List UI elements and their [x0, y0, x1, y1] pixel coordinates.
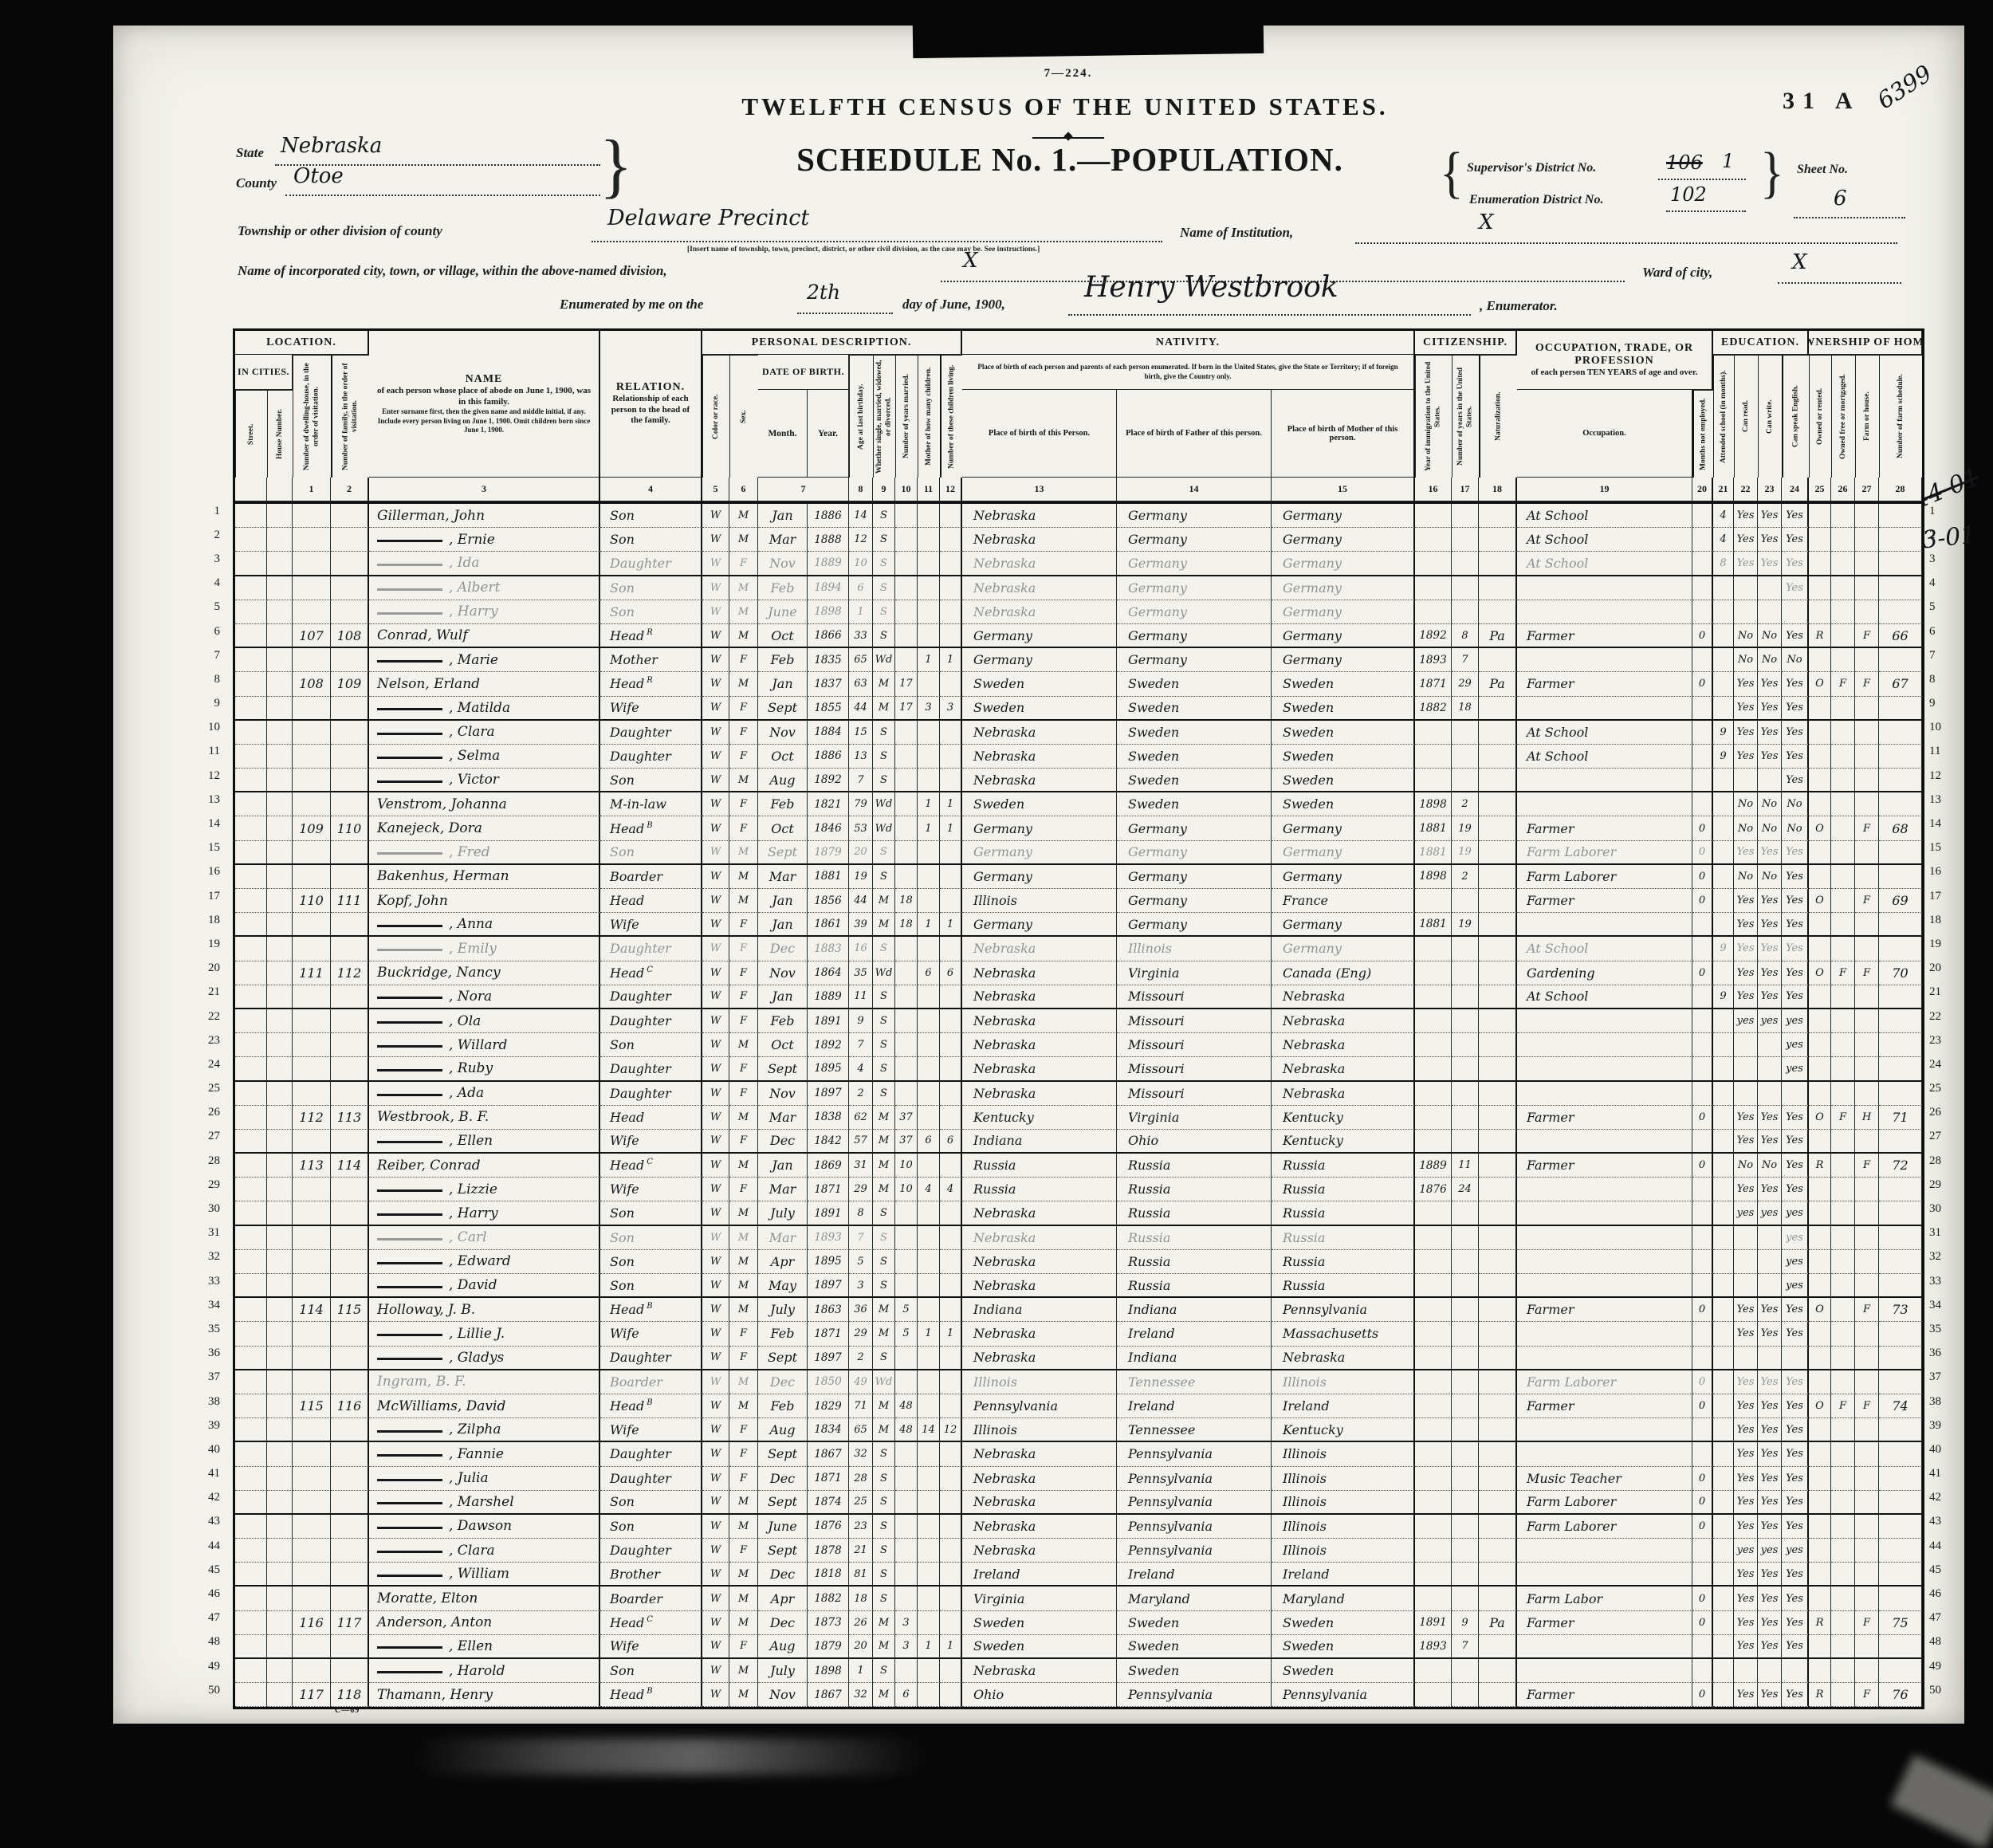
- cell-d: [293, 1201, 331, 1225]
- cell-b1: Indiana: [962, 1130, 1117, 1154]
- cell-oc: At School: [1517, 745, 1692, 769]
- cell-b1: Germany: [962, 624, 1117, 648]
- cell-mc: 4: [918, 1178, 940, 1201]
- cell-cl: [940, 1370, 962, 1394]
- cell-st: [235, 648, 267, 672]
- cell-nm: , Ada: [369, 1082, 600, 1106]
- cell-f: [331, 913, 369, 937]
- scan-artifact-top: [913, 17, 1264, 58]
- cell-mo: Jan: [758, 672, 808, 696]
- cell-mo: Mar: [758, 1226, 808, 1250]
- cell-yr: 1883: [808, 937, 849, 961]
- cell-wr: Yes: [1758, 985, 1782, 1009]
- cell-nm: , Matilda: [369, 697, 600, 721]
- cell-ym: 18: [895, 913, 918, 937]
- cell-cl: [940, 1154, 962, 1178]
- cell-st: [235, 816, 267, 840]
- cell-yu: [1452, 745, 1479, 769]
- cell-b2: Germany: [1117, 889, 1272, 913]
- cell-d: [293, 552, 331, 576]
- cell-ns: [1879, 576, 1922, 600]
- cell-rel: Wife: [600, 1418, 702, 1442]
- cell-rd: Yes: [1734, 1611, 1758, 1635]
- cell-yu: 9: [1452, 1611, 1479, 1635]
- cell-yu: [1452, 600, 1479, 624]
- cell-ym: [895, 1491, 918, 1515]
- cell-rel: Son: [600, 1201, 702, 1225]
- cell-b2: Indiana: [1117, 1347, 1272, 1370]
- cell-ns: [1879, 1539, 1922, 1563]
- cell-en: Yes: [1782, 504, 1809, 528]
- cell-c: W: [702, 937, 729, 961]
- cell-st: [235, 1106, 267, 1130]
- cell-mc: 1: [918, 648, 940, 672]
- cell-rd: [1734, 1226, 1758, 1250]
- cell-st: [235, 1539, 267, 1563]
- cell-rel: HeadR: [600, 672, 702, 696]
- cell-fr: F: [1831, 1106, 1855, 1130]
- cell-yr: 1895: [808, 1057, 849, 1081]
- row-number: 34: [1923, 1293, 1952, 1317]
- cell-sc: [1713, 1587, 1734, 1610]
- cell-b3: Sweden: [1272, 1659, 1415, 1683]
- cell-hn: [267, 745, 293, 769]
- cell-im: 1871: [1415, 672, 1452, 696]
- colgroup-location: LOCATION.: [235, 331, 369, 355]
- cell-b3: Illinois: [1272, 1467, 1415, 1491]
- cell-mu: [1692, 1347, 1713, 1370]
- cell-rel: Son: [600, 1491, 702, 1515]
- cell-b1: Ohio: [962, 1683, 1117, 1707]
- cell-cl: [940, 1515, 962, 1539]
- cell-ns: 67: [1879, 672, 1922, 696]
- cell-b2: Germany: [1117, 600, 1272, 624]
- cell-sx: M: [729, 1154, 758, 1178]
- cell-b1: Nebraska: [962, 1491, 1117, 1515]
- cell-f: [331, 1418, 369, 1442]
- cell-d: [293, 721, 331, 745]
- cell-im: [1415, 552, 1452, 576]
- row-number: 18: [1923, 908, 1952, 932]
- cell-fr: [1831, 1442, 1855, 1466]
- cell-b3: Canada (Eng): [1272, 961, 1415, 985]
- col-marital: Whether single, married, widowed, or div…: [873, 355, 895, 478]
- cell-ag: 63: [849, 672, 873, 696]
- cell-oc: [1517, 1201, 1692, 1225]
- cell-en: Yes: [1782, 937, 1809, 961]
- cell-oc: Farmer: [1517, 889, 1692, 913]
- cell-ns: [1879, 504, 1922, 528]
- row-number: 15: [198, 836, 226, 860]
- cell-rel: Son: [600, 504, 702, 528]
- cell-f: [331, 1491, 369, 1515]
- cell-ms: S: [873, 1659, 895, 1683]
- cell-rel: HeadB: [600, 1298, 702, 1322]
- cell-ow: [1809, 552, 1831, 576]
- cell-fr: [1831, 1226, 1855, 1250]
- cell-cl: [940, 985, 962, 1009]
- cell-oc: At School: [1517, 528, 1692, 552]
- cell-wr: Yes: [1758, 1611, 1782, 1635]
- cell-ms: S: [873, 1563, 895, 1587]
- cell-yr: 1871: [808, 1178, 849, 1201]
- cell-d: 111: [293, 961, 331, 985]
- cell-d: [293, 1491, 331, 1515]
- cell-c: W: [702, 1442, 729, 1466]
- cell-yr: 1879: [808, 841, 849, 865]
- cell-oc: [1517, 1347, 1692, 1370]
- cell-en: Yes: [1782, 1611, 1809, 1635]
- cell-b2: Pennsylvania: [1117, 1683, 1272, 1707]
- cell-im: 1881: [1415, 841, 1452, 865]
- cell-fr: [1831, 504, 1855, 528]
- cell-d: 114: [293, 1298, 331, 1322]
- cell-fh: [1855, 1130, 1879, 1154]
- cell-st: [235, 1347, 267, 1370]
- cell-en: Yes: [1782, 1683, 1809, 1707]
- cell-cl: [940, 841, 962, 865]
- cell-wr: Yes: [1758, 1683, 1782, 1707]
- cell-b3: Germany: [1272, 648, 1415, 672]
- row-number: 33: [198, 1269, 226, 1293]
- cell-yu: [1452, 721, 1479, 745]
- cell-ow: [1809, 865, 1831, 889]
- cell-ns: 76: [1879, 1683, 1922, 1707]
- cell-im: [1415, 1322, 1452, 1346]
- cell-st: [235, 504, 267, 528]
- cell-b2: Virginia: [1117, 1106, 1272, 1130]
- cell-f: 116: [331, 1394, 369, 1418]
- cell-ym: 5: [895, 1298, 918, 1322]
- cell-mo: Feb: [758, 1009, 808, 1033]
- cell-b1: Germany: [962, 648, 1117, 672]
- cell-d: 109: [293, 816, 331, 840]
- cell-en: yes: [1782, 1226, 1809, 1250]
- cell-mc: [918, 552, 940, 576]
- cell-mc: 1: [918, 816, 940, 840]
- cell-f: [331, 1178, 369, 1201]
- cell-na: [1479, 816, 1517, 840]
- institution-value: X: [1479, 210, 1494, 234]
- cell-ag: 7: [849, 769, 873, 792]
- cell-mu: [1692, 1082, 1713, 1106]
- cell-sx: F: [729, 648, 758, 672]
- enumeration-district-value: 102: [1670, 183, 1707, 206]
- cell-sc: [1713, 1491, 1734, 1515]
- cell-ms: S: [873, 1467, 895, 1491]
- cell-fh: [1855, 1442, 1879, 1466]
- col-years-married: Number of years married.: [895, 355, 918, 478]
- cell-mu: [1692, 913, 1713, 937]
- cell-b2: Missouri: [1117, 1009, 1272, 1033]
- cell-ns: [1879, 1009, 1922, 1033]
- cell-c: W: [702, 1178, 729, 1201]
- cell-c: W: [702, 1009, 729, 1033]
- cell-ms: M: [873, 889, 895, 913]
- cell-st: [235, 1442, 267, 1466]
- cell-wr: No: [1758, 1154, 1782, 1178]
- cell-rel: Son: [600, 1274, 702, 1298]
- cell-fh: F: [1855, 1683, 1879, 1707]
- cell-rel: HeadR: [600, 624, 702, 648]
- cell-f: [331, 1033, 369, 1057]
- cell-cl: [940, 1033, 962, 1057]
- cell-mc: [918, 937, 940, 961]
- cell-b1: Nebraska: [962, 1082, 1117, 1106]
- cell-ow: [1809, 600, 1831, 624]
- cell-oc: [1517, 1178, 1692, 1201]
- cell-yr: 1889: [808, 985, 849, 1009]
- cell-mu: 0: [1692, 1370, 1713, 1394]
- cell-na: [1479, 1082, 1517, 1106]
- cell-mc: [918, 1611, 940, 1635]
- cell-ns: [1879, 1418, 1922, 1442]
- cell-sx: F: [729, 937, 758, 961]
- cell-b3: Sweden: [1272, 769, 1415, 792]
- cell-cl: [940, 1659, 962, 1683]
- cell-cl: [940, 1587, 962, 1610]
- cell-fr: [1831, 913, 1855, 937]
- cell-ms: M: [873, 1394, 895, 1418]
- cell-yu: [1452, 1033, 1479, 1057]
- cell-d: [293, 1226, 331, 1250]
- cell-yr: 1866: [808, 624, 849, 648]
- cell-ns: 71: [1879, 1106, 1922, 1130]
- cell-mo: Mar: [758, 1106, 808, 1130]
- cell-na: Pa: [1479, 624, 1517, 648]
- cell-b1: Illinois: [962, 1418, 1117, 1442]
- cell-ag: 4: [849, 1057, 873, 1081]
- cell-b2: Virginia: [1117, 961, 1272, 985]
- cell-st: [235, 1587, 267, 1610]
- cell-sx: F: [729, 745, 758, 769]
- cell-ym: [895, 745, 918, 769]
- cell-d: [293, 1130, 331, 1154]
- cell-b2: Missouri: [1117, 1082, 1272, 1106]
- cell-yu: [1452, 1298, 1479, 1322]
- cell-b1: Nebraska: [962, 1274, 1117, 1298]
- cell-wr: Yes: [1758, 1322, 1782, 1346]
- cell-ag: 25: [849, 1491, 873, 1515]
- cell-yr: 1897: [808, 1347, 849, 1370]
- cell-b1: Nebraska: [962, 1226, 1117, 1250]
- cell-ns: [1879, 937, 1922, 961]
- cell-ow: [1809, 1322, 1831, 1346]
- cell-sx: M: [729, 1274, 758, 1298]
- cell-ns: [1879, 697, 1922, 721]
- cell-fh: [1855, 1057, 1879, 1081]
- cell-fh: F: [1855, 889, 1879, 913]
- cell-d: [293, 1467, 331, 1491]
- cell-hn: [267, 1106, 293, 1130]
- cell-c: W: [702, 1057, 729, 1081]
- cell-nm: , Marshel: [369, 1491, 600, 1515]
- cell-fh: [1855, 792, 1879, 816]
- cell-nm: , Clara: [369, 721, 600, 745]
- cell-rd: Yes: [1734, 1298, 1758, 1322]
- cell-im: [1415, 1106, 1452, 1130]
- cell-im: 1898: [1415, 865, 1452, 889]
- cell-ms: M: [873, 1106, 895, 1130]
- cell-cl: [940, 1539, 962, 1563]
- cell-sx: M: [729, 1033, 758, 1057]
- cell-cl: [940, 769, 962, 792]
- cell-mc: [918, 1467, 940, 1491]
- cell-cl: [940, 1611, 962, 1635]
- cell-wr: Yes: [1758, 1370, 1782, 1394]
- cell-wr: No: [1758, 816, 1782, 840]
- cell-b2: Germany: [1117, 576, 1272, 600]
- row-number: 40: [1923, 1437, 1952, 1461]
- cell-yr: 1882: [808, 1587, 849, 1610]
- cell-ms: Wd: [873, 792, 895, 816]
- cell-ms: M: [873, 672, 895, 696]
- cell-c: W: [702, 697, 729, 721]
- sheet-label: Sheet No.: [1797, 163, 1848, 177]
- township-label: Township or other division of county: [238, 223, 442, 239]
- cell-wr: Yes: [1758, 913, 1782, 937]
- cell-nm: Reiber, Conrad: [369, 1154, 600, 1178]
- cell-d: 115: [293, 1394, 331, 1418]
- cell-fh: [1855, 769, 1879, 792]
- cell-mo: Jan: [758, 889, 808, 913]
- colnum-7: 7: [758, 478, 849, 501]
- cell-yu: [1452, 961, 1479, 985]
- ward-label: Ward of city,: [1642, 265, 1712, 281]
- cell-en: Yes: [1782, 1130, 1809, 1154]
- cell-rd: No: [1734, 792, 1758, 816]
- cell-ag: 49: [849, 1370, 873, 1394]
- cell-yr: 1878: [808, 1539, 849, 1563]
- cell-ow: [1809, 985, 1831, 1009]
- cell-ow: [1809, 1178, 1831, 1201]
- cell-fr: [1831, 552, 1855, 576]
- cell-mu: [1692, 1201, 1713, 1225]
- cell-na: [1479, 745, 1517, 769]
- cell-cl: [940, 1274, 962, 1298]
- cell-b2: Sweden: [1117, 1659, 1272, 1683]
- row-number: 41: [1923, 1462, 1952, 1486]
- cell-en: Yes: [1782, 624, 1809, 648]
- cell-mc: [918, 745, 940, 769]
- cell-b3: Sweden: [1272, 697, 1415, 721]
- dotted-rule: [797, 313, 893, 314]
- cell-na: [1479, 1226, 1517, 1250]
- cell-d: [293, 1347, 331, 1370]
- cell-rel: Son: [600, 528, 702, 552]
- cell-sc: [1713, 1274, 1734, 1298]
- cell-ms: S: [873, 865, 895, 889]
- colnum-2: 2: [331, 478, 369, 501]
- cell-fr: [1831, 745, 1855, 769]
- cell-ag: 11: [849, 985, 873, 1009]
- cell-b3: Sweden: [1272, 1611, 1415, 1635]
- cell-f: 112: [331, 961, 369, 985]
- cell-ow: [1809, 721, 1831, 745]
- cell-ow: [1809, 1370, 1831, 1394]
- cell-ms: M: [873, 1178, 895, 1201]
- cell-ns: [1879, 1057, 1922, 1081]
- cell-b3: Maryland: [1272, 1587, 1415, 1610]
- cell-yu: [1452, 937, 1479, 961]
- cell-d: [293, 1442, 331, 1466]
- cell-im: 1882: [1415, 697, 1452, 721]
- cell-mc: [918, 1009, 940, 1033]
- cell-fh: [1855, 985, 1879, 1009]
- cell-fr: [1831, 1635, 1855, 1659]
- cell-im: [1415, 1347, 1452, 1370]
- cell-d: [293, 1659, 331, 1683]
- cell-f: [331, 1322, 369, 1346]
- cell-sx: M: [729, 624, 758, 648]
- cell-rel: Wife: [600, 1178, 702, 1201]
- cell-mc: [918, 1515, 940, 1539]
- cell-st: [235, 624, 267, 648]
- township-note: [Insert name of township, town, precinct…: [687, 246, 1040, 254]
- cell-mc: [918, 504, 940, 528]
- cell-st: [235, 697, 267, 721]
- cell-cl: [940, 1082, 962, 1106]
- cell-yr: 1888: [808, 528, 849, 552]
- cell-c: W: [702, 672, 729, 696]
- row-number: 49: [1923, 1654, 1952, 1678]
- cell-f: [331, 1226, 369, 1250]
- cell-sc: [1713, 672, 1734, 696]
- cell-sc: [1713, 1009, 1734, 1033]
- cell-ms: M: [873, 913, 895, 937]
- cell-mu: 0: [1692, 1611, 1713, 1635]
- cell-ns: [1879, 792, 1922, 816]
- cell-d: 107: [293, 624, 331, 648]
- cell-st: [235, 985, 267, 1009]
- cell-yr: 1894: [808, 576, 849, 600]
- cell-ow: [1809, 1033, 1831, 1057]
- cell-mu: [1692, 1178, 1713, 1201]
- cell-hn: [267, 528, 293, 552]
- cell-rd: [1734, 576, 1758, 600]
- cell-oc: [1517, 1659, 1692, 1683]
- cell-yr: 1821: [808, 792, 849, 816]
- cell-hn: [267, 672, 293, 696]
- cell-mc: 14: [918, 1418, 940, 1442]
- cell-b2: Sweden: [1117, 672, 1272, 696]
- cell-im: [1415, 1539, 1452, 1563]
- cell-cl: 3: [940, 697, 962, 721]
- cell-rd: [1734, 1082, 1758, 1106]
- cell-sc: [1713, 600, 1734, 624]
- cell-yu: [1452, 528, 1479, 552]
- cell-ow: [1809, 697, 1831, 721]
- row-number: 39: [198, 1414, 226, 1437]
- cell-nm: Nelson, Erland: [369, 672, 600, 696]
- cell-ag: 1: [849, 600, 873, 624]
- cell-oc: [1517, 1226, 1692, 1250]
- cell-b1: Virginia: [962, 1587, 1117, 1610]
- row-number: 41: [198, 1462, 226, 1486]
- cell-ns: [1879, 1347, 1922, 1370]
- cell-mo: Sept: [758, 1057, 808, 1081]
- cell-st: [235, 1611, 267, 1635]
- cell-cl: [940, 672, 962, 696]
- cell-ow: R: [1809, 1683, 1831, 1707]
- cell-mo: Dec: [758, 1130, 808, 1154]
- cell-rd: Yes: [1734, 1587, 1758, 1610]
- row-number: 14: [198, 812, 226, 836]
- cell-en: yes: [1782, 1250, 1809, 1274]
- row-number: 22: [1923, 1005, 1952, 1028]
- cell-ag: 7: [849, 1033, 873, 1057]
- cell-ym: [895, 1057, 918, 1081]
